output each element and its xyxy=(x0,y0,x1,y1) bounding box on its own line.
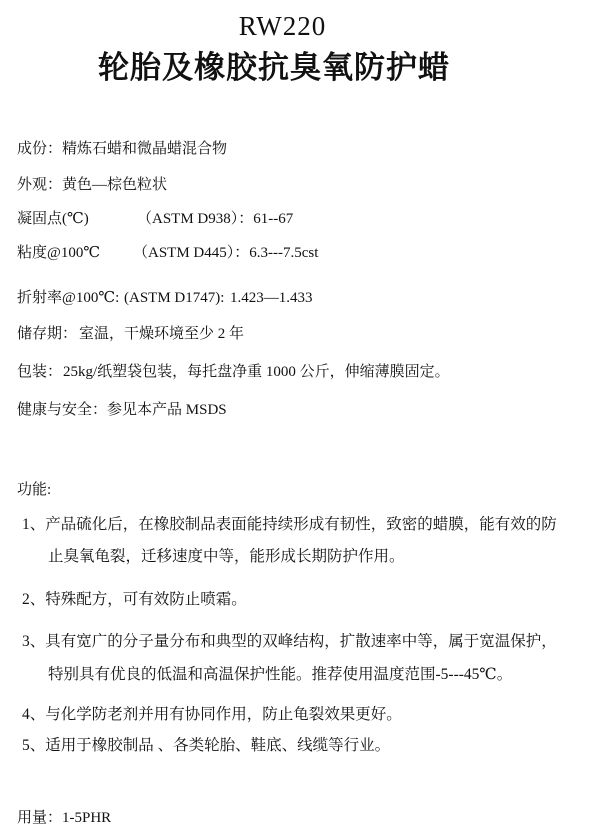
property-packaging: 包装：25kg/纸塑袋包装，每托盘净重 1000 公斤，伸缩薄膜固定。 xyxy=(17,362,450,382)
property-method: (ASTM D1747): xyxy=(124,288,230,308)
property-label: 凝固点(℃) xyxy=(17,209,137,229)
property-congealing-point: 凝固点(℃)（ASTM D938）：61--67 xyxy=(17,209,293,229)
item-text: 适用于橡胶制品 、各类轮胎、鞋底、线缆等行业。 xyxy=(45,737,390,754)
item-text: 具有宽广的分子量分布和典型的双峰结构，扩散速率中等，属于宽温保护， xyxy=(45,633,557,650)
function-item-5: 5、适用于橡胶制品 、各类轮胎、鞋底、线缆等行业。 xyxy=(22,736,390,756)
property-method: （ASTM D938）： xyxy=(137,211,253,227)
property-health-safety: 健康与安全：参见本产品 MSDS xyxy=(17,400,227,420)
property-appearance: 外观：黄色—棕色粒状 xyxy=(17,175,167,195)
item-number: 3、 xyxy=(22,632,45,652)
property-viscosity: 粘度@100℃（ASTM D445）：6.3---7.5cst xyxy=(17,243,318,263)
product-title: 轮胎及橡胶抗臭氧防护蜡 xyxy=(0,49,548,87)
function-item-3-continued: 特别具有优良的低温和高温保护性能。推荐使用温度范围-5---45℃。 xyxy=(48,665,512,685)
property-storage: 储存期：室温，干燥环境至少 2 年 xyxy=(17,324,244,344)
property-value: 参见本产品 MSDS xyxy=(107,402,227,418)
property-composition: 成份：精炼石蜡和微晶蜡混合物 xyxy=(17,139,227,159)
property-label: 包装： xyxy=(17,362,63,382)
item-text: 特殊配方，可有效防止喷霜。 xyxy=(45,591,247,608)
property-value: 黄色—棕色粒状 xyxy=(62,177,167,193)
dosage-value: 1-5PHR xyxy=(62,810,111,826)
function-item-1: 1、产品硫化后，在橡胶制品表面能持续形成有韧性，致密的蜡膜，能有效的防 xyxy=(22,515,557,535)
dosage-label: 用量： xyxy=(17,810,62,826)
functions-heading: 功能: xyxy=(17,480,51,500)
property-label: 储存期： xyxy=(17,324,79,344)
item-number: 5、 xyxy=(22,736,45,756)
property-value: 室温，干燥环境至少 2 年 xyxy=(79,326,244,342)
property-value: 1.423—1.433 xyxy=(230,290,313,306)
property-value: 6.3---7.5cst xyxy=(249,245,318,261)
item-number: 1、 xyxy=(22,515,45,535)
property-value: 61--67 xyxy=(253,211,293,227)
property-label: 外观： xyxy=(17,177,62,193)
dosage: 用量：1-5PHR xyxy=(17,808,111,828)
property-label: 健康与安全： xyxy=(17,402,107,418)
function-item-3: 3、具有宽广的分子量分布和典型的双峰结构，扩散速率中等，属于宽温保护， xyxy=(22,632,557,652)
function-item-2: 2、特殊配方，可有效防止喷霜。 xyxy=(22,590,247,610)
item-number: 4、 xyxy=(22,705,45,725)
property-label: 成份： xyxy=(17,141,62,157)
function-item-4: 4、与化学防老剂并用有协同作用，防止龟裂效果更好。 xyxy=(22,705,402,725)
property-refractive-index: 折射率@100℃:(ASTM D1747):1.423—1.433 xyxy=(17,288,313,308)
item-text: 产品硫化后，在橡胶制品表面能持续形成有韧性，致密的蜡膜，能有效的防 xyxy=(45,516,557,533)
property-method: （ASTM D445）： xyxy=(133,245,249,261)
item-number: 2、 xyxy=(22,590,45,610)
property-value: 25kg/纸塑袋包装，每托盘净重 1000 公斤，伸缩薄膜固定。 xyxy=(63,364,450,380)
property-value: 精炼石蜡和微晶蜡混合物 xyxy=(62,141,227,157)
item-text: 与化学防老剂并用有协同作用，防止龟裂效果更好。 xyxy=(45,706,402,723)
property-label: 折射率@100℃: xyxy=(17,288,124,308)
product-model: RW220 xyxy=(0,10,565,42)
function-item-1-continued: 止臭氧龟裂，迁移速度中等，能形成长期防护作用。 xyxy=(48,547,405,567)
property-label: 粘度@100℃ xyxy=(17,243,133,263)
